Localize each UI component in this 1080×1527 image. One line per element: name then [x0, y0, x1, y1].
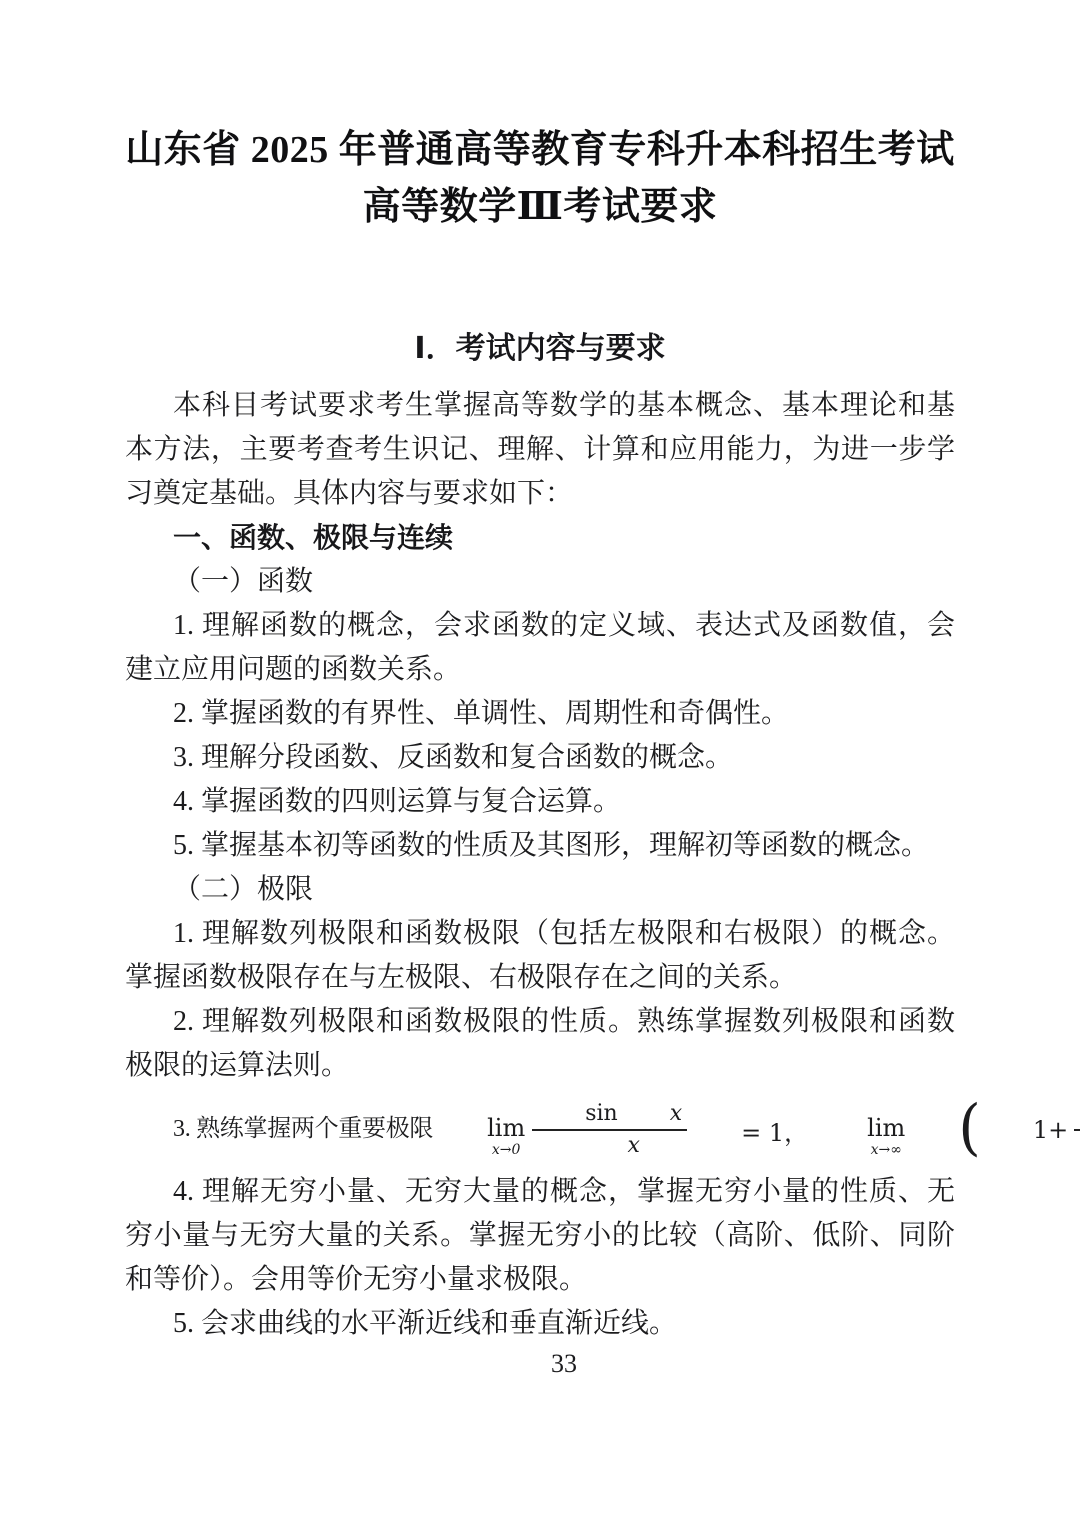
equals-one: = 1，	[693, 1113, 808, 1148]
requirement-item: 1. 理解数列极限和函数极限（包括左极限和右极限）的概念。掌握函数极限存在与左极…	[125, 912, 955, 1000]
limit-formula-sinx-over-x: limx→0sinxx= 1，	[435, 1103, 811, 1157]
chapter-heading: 一、函数、极限与连续	[125, 516, 955, 560]
requirement-item: 2. 掌握函数的有界性、单调性、周期性和奇偶性。	[125, 692, 955, 736]
lim-operator-1: limx→0	[439, 1116, 525, 1157]
intro-paragraph: 本科目考试要求考生掌握高等数学的基本概念、基本理论和基本方法，主要考查考生识记、…	[125, 384, 955, 516]
fraction-sinx-x: sinxx	[532, 1103, 687, 1157]
section-heading: Ⅰ．考试内容与要求	[125, 328, 955, 370]
open-paren: (	[910, 1097, 981, 1158]
page-number: 33	[125, 1346, 955, 1382]
requirement-item: 4. 掌握函数的四则运算与复合运算。	[125, 780, 955, 824]
requirement-item-formula: 3. 熟练掌握两个重要极限limx→0sinxx= 1，limx→∞(1+1x)…	[125, 1088, 955, 1170]
limit-formula-e: limx→∞(1+1x)x= e	[815, 1101, 1080, 1159]
fraction-1-x: 1x	[1074, 1103, 1080, 1157]
document-title-line2: 高等数学Ⅲ考试要求	[363, 186, 718, 228]
document-body: 本科目考试要求考生掌握高等数学的基本概念、基本理论和基本方法，主要考查考生识记、…	[125, 384, 955, 1382]
requirement-item: 4. 理解无穷小量、无穷大量的概念，掌握无穷小量的性质、无穷小量与无穷大量的关系…	[125, 1170, 955, 1302]
document-title: 山东省 2025 年普通高等教育专科升本科招生考试 高等数学Ⅲ考试要求	[125, 122, 955, 236]
document-page: 山东省 2025 年普通高等教育专科升本科招生考试 高等数学Ⅲ考试要求 Ⅰ．考试…	[0, 0, 1080, 1527]
requirement-item: 3. 理解分段函数、反函数和复合函数的概念。	[125, 736, 955, 780]
requirement-item: 5. 掌握基本初等函数的性质及其图形，理解初等函数的概念。	[125, 824, 955, 868]
requirement-item: 5. 会求曲线的水平渐近线和垂直渐近线。	[125, 1302, 955, 1346]
one-plus: 1+	[985, 1116, 1068, 1144]
document-title-line1: 山东省 2025 年普通高等教育专科升本科招生考试	[125, 129, 955, 171]
subsection-heading-limits: （二）极限	[125, 868, 955, 912]
variable-x: x	[622, 1103, 682, 1125]
lim-operator-2: limx→∞	[819, 1116, 905, 1157]
requirement-item: 2. 理解数列极限和函数极限的性质。熟练掌握数列极限和函数极限的运算法则。	[125, 1000, 955, 1088]
formula-prefix: 3. 熟练掌握两个重要极限	[173, 1116, 433, 1142]
requirement-item: 1. 理解函数的概念，会求函数的定义域、表达式及函数值，会建立应用问题的函数关系…	[125, 604, 955, 692]
sin-function: sin	[537, 1103, 618, 1125]
variable-x: x	[579, 1131, 639, 1157]
subsection-heading-functions: （一）函数	[125, 560, 955, 604]
